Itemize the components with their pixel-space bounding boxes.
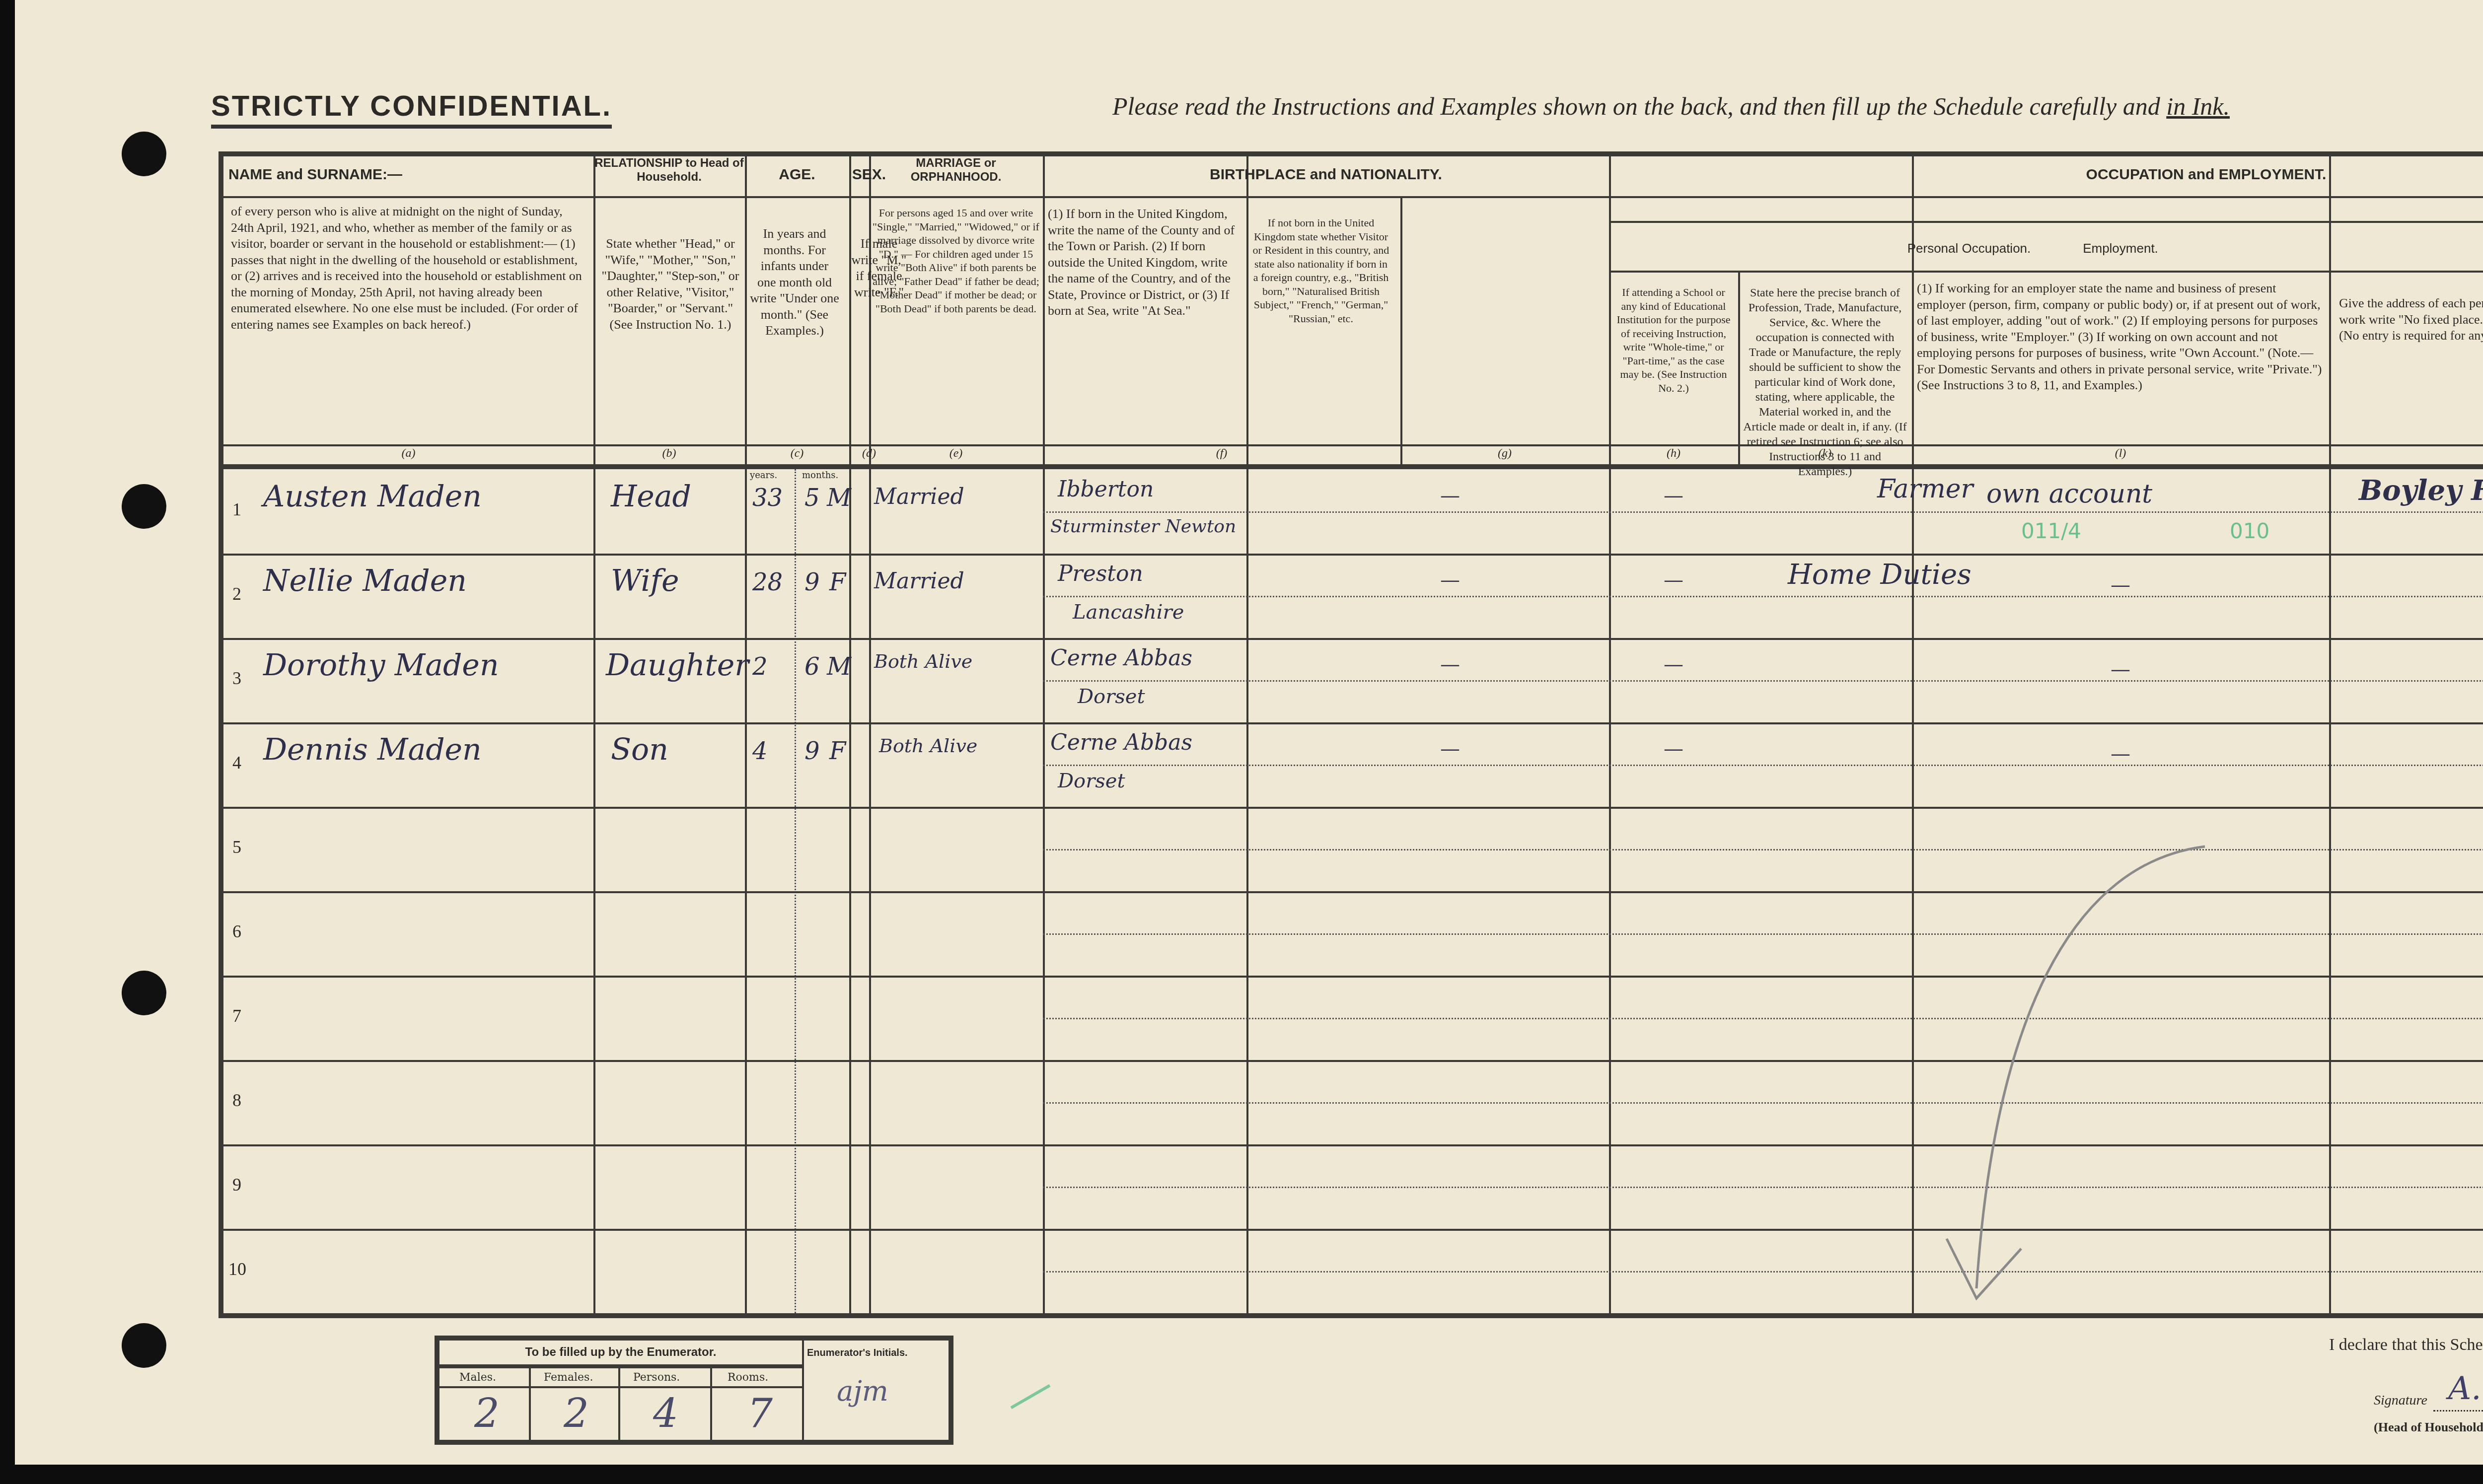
age-months[interactable]: 9 xyxy=(804,568,820,596)
marriage[interactable]: Married xyxy=(874,568,964,594)
person-name[interactable]: Austen Maden xyxy=(263,479,482,514)
col-f-body: (1) If born in the United Kingdom, write… xyxy=(1048,206,1241,319)
age-years[interactable]: 28 xyxy=(752,568,783,596)
age-months[interactable]: 6 xyxy=(804,653,820,681)
age-years[interactable]: 2 xyxy=(752,653,768,681)
birthplace-line1[interactable]: Cerne Abbas xyxy=(1050,730,1192,755)
row-number: 1 xyxy=(232,499,241,520)
females-count[interactable]: 2 xyxy=(564,1390,589,1436)
nationality[interactable]: — xyxy=(1440,568,1460,591)
col-letter-f: (f) xyxy=(1043,447,1400,460)
age-months-label: months. xyxy=(802,470,838,481)
col-letter-l: (l) xyxy=(1912,447,2329,460)
age-months[interactable]: 9 xyxy=(804,737,820,765)
household-schedule-table: NAME and SURNAME:— RELATIONSHIP to Head … xyxy=(219,151,2483,1318)
person-name[interactable]: Dorothy Maden xyxy=(263,648,499,683)
col-letter-g: (g) xyxy=(1400,447,1609,460)
person-name[interactable]: Nellie Maden xyxy=(263,564,467,598)
enumerator-summary-box: To be filled up by the Enumerator. Males… xyxy=(435,1336,953,1445)
row-number: 9 xyxy=(232,1174,241,1195)
row-number: 6 xyxy=(232,921,241,942)
row-number: 10 xyxy=(228,1259,246,1279)
birthplace-line1[interactable]: Preston xyxy=(1058,561,1143,586)
males-count[interactable]: 2 xyxy=(474,1390,500,1436)
col-m-title: Place of Work. xyxy=(2329,241,2483,256)
nationality[interactable]: — xyxy=(1440,737,1460,760)
person-name[interactable]: Dennis Maden xyxy=(263,732,482,767)
relationship[interactable]: Head xyxy=(611,479,691,514)
age-months[interactable]: 5 xyxy=(804,484,820,512)
row-number: 8 xyxy=(232,1090,241,1111)
col-m-body: Give the address of each person's place … xyxy=(2339,295,2483,344)
confidential-title: STRICTLY CONFIDENTIAL. xyxy=(211,89,612,129)
row-number: 7 xyxy=(232,1005,241,1026)
place-of-work[interactable]: Boyley Farm xyxy=(2359,474,2483,507)
nationality[interactable]: — xyxy=(1440,653,1460,676)
persons-count[interactable]: 4 xyxy=(653,1390,678,1436)
row-number: 3 xyxy=(232,668,241,689)
declaration-text: I declare that this Schedule is correctl… xyxy=(2329,1336,2483,1354)
col-b-body: State whether "Head," or "Wife," "Mother… xyxy=(601,236,740,333)
birthplace-line2[interactable]: Lancashire xyxy=(1073,601,1184,624)
rooms-count[interactable]: 7 xyxy=(747,1390,773,1436)
birthplace-line2[interactable]: Dorset xyxy=(1078,685,1145,708)
employment[interactable]: — xyxy=(2111,658,2130,681)
marriage[interactable]: Both Alive xyxy=(874,650,972,672)
marriage[interactable]: Married xyxy=(874,484,964,509)
sex[interactable]: M xyxy=(827,653,851,681)
females-label: Females. xyxy=(544,1371,593,1384)
education[interactable]: — xyxy=(1664,737,1683,760)
col-l-title: Employment. xyxy=(1912,241,2329,256)
birthplace-line2[interactable]: Dorset xyxy=(1058,770,1125,792)
employment[interactable]: own account xyxy=(1986,479,2152,509)
enumerator-initials[interactable]: ajm xyxy=(837,1375,888,1408)
row-number: 2 xyxy=(232,583,241,604)
occupation[interactable]: Home Duties xyxy=(1788,559,1972,591)
education[interactable]: — xyxy=(1664,568,1683,591)
birthplace-line1[interactable]: Ibberton xyxy=(1058,477,1154,502)
in-ink-text: in Ink. xyxy=(2166,92,2230,120)
employment-code: 010 xyxy=(2230,519,2269,543)
signature-line xyxy=(2433,1410,2483,1412)
education[interactable]: — xyxy=(1664,484,1683,507)
col-letter-b: (b) xyxy=(593,447,745,460)
col-e-body: For persons aged 15 and over write "Sing… xyxy=(872,206,1040,315)
enumerator-box-title: To be filled up by the Enumerator. xyxy=(439,1345,802,1359)
row-number: 4 xyxy=(232,752,241,773)
fill-instructions: Please read the Instructions and Example… xyxy=(1112,92,2230,121)
sex[interactable]: M xyxy=(827,484,851,512)
punch-hole-icon xyxy=(122,484,166,529)
occupation-code: 011/4 xyxy=(2021,519,2081,543)
employment[interactable]: — xyxy=(2111,573,2130,596)
col-letter-m: (m) xyxy=(2329,447,2483,460)
sex[interactable]: F xyxy=(829,737,846,765)
col-letter-e: (e) xyxy=(869,447,1043,460)
row-number: 5 xyxy=(232,837,241,857)
col-a-body: of every person who is alive at midnight… xyxy=(231,204,586,333)
col-h-body: If attending a School or any kind of Edu… xyxy=(1614,285,1733,395)
col-b-title: RELATIONSHIP to Head of Household. xyxy=(593,156,745,184)
col-e-title: MARRIAGE or ORPHANHOOD. xyxy=(869,156,1043,184)
rooms-label: Rooms. xyxy=(728,1371,768,1384)
occupation[interactable]: Farmer xyxy=(1877,474,1973,504)
col-g-body: If not born in the United Kingdom state … xyxy=(1251,216,1390,325)
col-a-title: NAME and SURNAME:— xyxy=(228,166,576,183)
birthplace-line2[interactable]: Sturminster Newton xyxy=(1050,516,1236,537)
age-years[interactable]: 33 xyxy=(752,484,783,512)
instructions-text: Please read the Instructions and Example… xyxy=(1112,92,2166,120)
marriage[interactable]: Both Alive xyxy=(879,735,977,757)
punch-hole-icon xyxy=(122,1323,166,1368)
signature-label: Signature xyxy=(2374,1393,2427,1409)
signature[interactable]: A. J. Maden xyxy=(2448,1370,2483,1407)
col-l-body: (1) If working for an employer state the… xyxy=(1917,281,2324,394)
males-label: Males. xyxy=(459,1371,496,1384)
relationship[interactable]: Son xyxy=(611,732,668,767)
persons-label: Persons. xyxy=(633,1371,680,1384)
age-years[interactable]: 4 xyxy=(752,737,768,765)
punch-hole-icon xyxy=(122,132,166,176)
col-letter-h: (h) xyxy=(1609,447,1738,460)
education[interactable]: — xyxy=(1664,653,1683,676)
occupation-group-title: OCCUPATION and EMPLOYMENT. xyxy=(1609,166,2483,183)
enumerator-initials-label: Enumerator's Initials. xyxy=(807,1347,908,1359)
nationality[interactable]: — xyxy=(1440,484,1460,507)
employment[interactable]: — xyxy=(2111,742,2130,765)
age-years-label: years. xyxy=(750,470,777,481)
relationship[interactable]: Daughter xyxy=(606,648,749,683)
birthplace-line1[interactable]: Cerne Abbas xyxy=(1050,645,1192,671)
col-letter-a: (a) xyxy=(223,447,593,460)
sex[interactable]: F xyxy=(829,568,846,596)
col-letter-k: (k) xyxy=(1738,447,1912,460)
pencil-tick-mark-icon xyxy=(1937,842,2235,1338)
relationship[interactable]: Wife xyxy=(611,564,679,598)
punch-hole-icon xyxy=(122,971,166,1015)
signature-caption: (Head of Household, Manager of Establish… xyxy=(2374,1420,2483,1435)
birthplace-group-title: BIRTHPLACE and NATIONALITY. xyxy=(1043,166,1609,183)
